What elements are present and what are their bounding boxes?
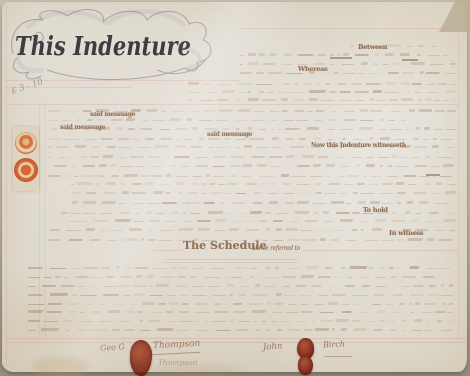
- handwriting-line: [48, 117, 407, 121]
- handwriting-line: [240, 70, 457, 74]
- ruled-line: [302, 250, 458, 251]
- ruled-line: [240, 28, 458, 29]
- ruled-line: [152, 250, 182, 251]
- signature-grantee-first: John: [263, 341, 283, 352]
- handwriting-line: [240, 61, 457, 65]
- handwriting-line: [28, 309, 457, 313]
- handwriting-line: [188, 81, 457, 85]
- ruled-line: [6, 104, 458, 105]
- handwriting-line: [51, 126, 457, 130]
- handwriting-line: [72, 190, 457, 194]
- handwriting-line: [188, 97, 457, 101]
- wax-seal-left: [129, 340, 152, 376]
- signature-grantor-first: Geo G: [100, 342, 125, 353]
- handwriting-line: [28, 274, 436, 278]
- handwriting-line: [70, 218, 457, 222]
- handwriting-line: [48, 144, 457, 148]
- ruled-line: [6, 338, 466, 339]
- handwriting-line: [48, 173, 457, 177]
- handwriting-line: [28, 265, 457, 269]
- ruled-line: [6, 342, 466, 343]
- handwriting-line: [28, 301, 457, 305]
- emphasized-word-mark: [330, 57, 352, 59]
- handwriting-line: [28, 292, 457, 296]
- wax-seal-right: [298, 356, 313, 375]
- handwriting-line: [28, 283, 457, 287]
- ruled-line: [165, 259, 297, 260]
- handwriting-line: [350, 43, 439, 47]
- handwriting-line: [61, 210, 457, 214]
- parchment-sheet: This Indenture £ 3 - 10 Between Whereas …: [2, 2, 467, 372]
- handwriting-line: [53, 163, 456, 167]
- handwriting-line: [48, 136, 457, 140]
- handwriting-line: [49, 227, 456, 231]
- handwriting-line: [48, 237, 457, 241]
- handwriting-line: [71, 181, 457, 185]
- signature-grantor-last: Thompson: [153, 339, 201, 351]
- handwriting-line: [48, 108, 457, 112]
- signature-scribble: [324, 356, 352, 357]
- signature-grantee-last: Birch: [323, 340, 345, 350]
- stain-mark: [152, 364, 242, 376]
- revenue-stamp-icon: [15, 132, 37, 154]
- revenue-stamp-icon: [14, 158, 38, 182]
- handwriting-line: [188, 89, 457, 93]
- handwriting-line: [240, 52, 454, 56]
- document-title: This Indenture: [15, 32, 191, 62]
- ruled-line: [165, 262, 297, 263]
- calligraphy-title-block: This Indenture: [7, 8, 212, 84]
- stain-mark: [32, 357, 88, 376]
- handwriting-line: [48, 154, 457, 158]
- handwriting-line: [71, 200, 456, 204]
- handwriting-line: [28, 327, 457, 331]
- revenue-stamp-patch: [13, 127, 39, 191]
- handwriting-line: [28, 318, 457, 322]
- margin-rule-line: [458, 28, 459, 338]
- framed-indenture-photo: This Indenture £ 3 - 10 Between Whereas …: [0, 0, 470, 376]
- schedule-heading-suffix: above referred to: [252, 245, 300, 252]
- signature-flourish: [152, 352, 200, 356]
